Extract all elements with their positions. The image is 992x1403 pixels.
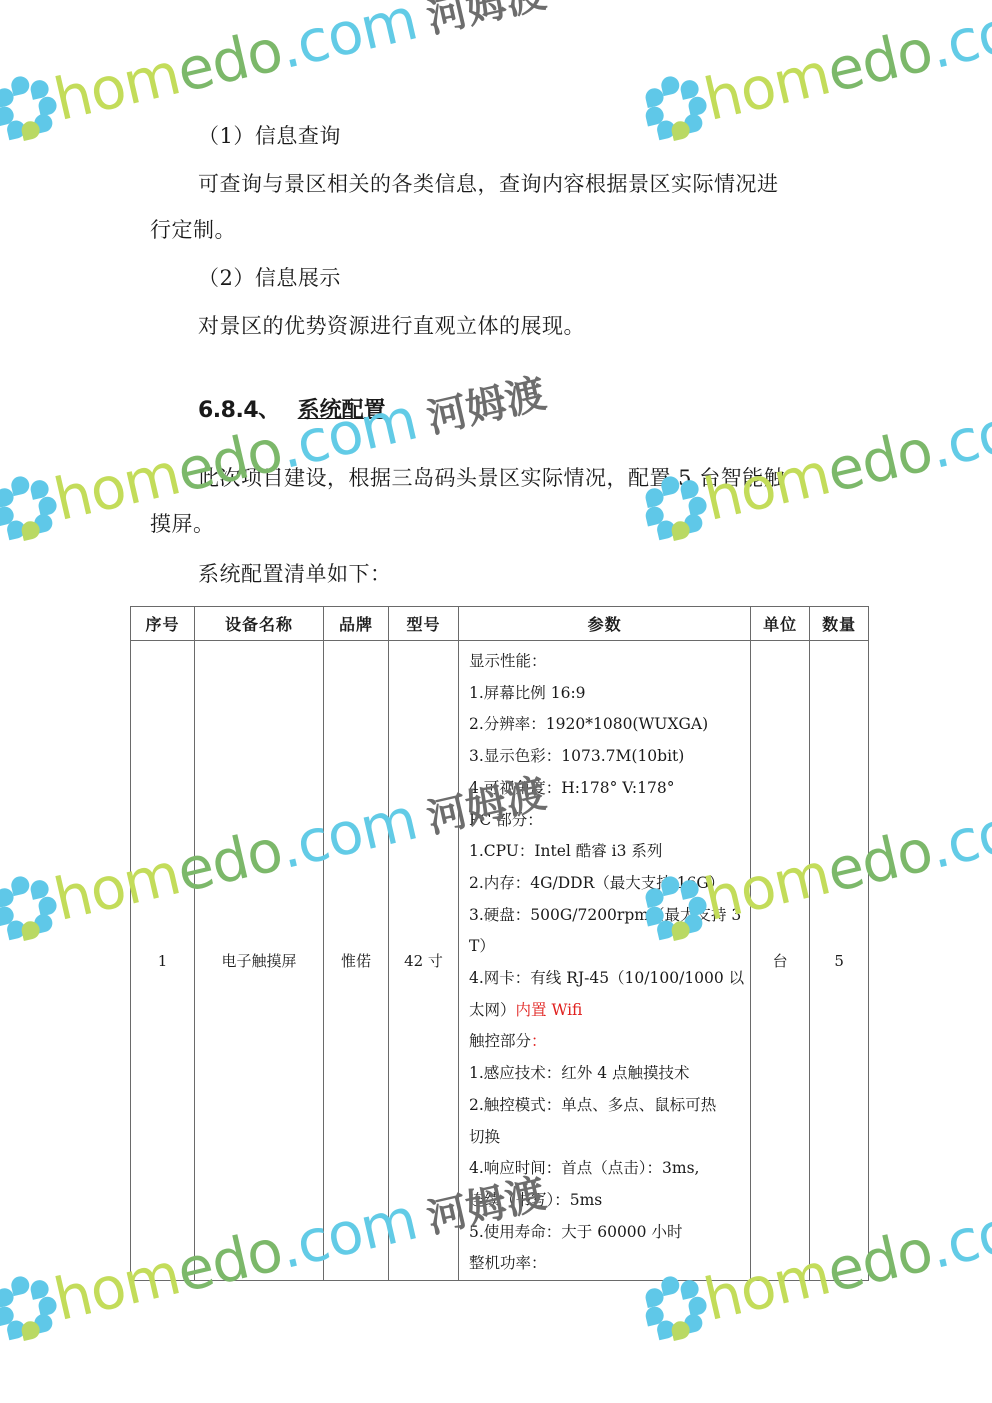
config-table: 序号 设备名称 品牌 型号 参数 单位 数量 1 电子触摸屏 惟偌 42 寸 显…	[130, 606, 869, 1281]
cell-model: 42 寸	[389, 641, 459, 1281]
paragraph-info-query-line1: 可查询与景区相关的各类信息，查询内容根据景区实际情况进	[198, 172, 779, 196]
param-line: T）	[469, 931, 744, 963]
table-row: 1 电子触摸屏 惟偌 42 寸 显示性能： 1.屏幕比例 16:9 2.分辨率：…	[131, 641, 869, 1281]
param-text: 触控部分	[469, 1032, 531, 1050]
header-model: 型号	[389, 607, 459, 641]
cell-brand: 惟偌	[324, 641, 389, 1281]
flower-logo-icon	[0, 870, 62, 944]
watermark-text-chinese: 河姆渡	[423, 0, 550, 42]
param-line: PC 部分：	[469, 805, 744, 837]
param-line: 整机功率：	[469, 1248, 744, 1280]
header-device-name: 设备名称	[195, 607, 324, 641]
cell-unit: 台	[751, 641, 810, 1281]
watermark-text-chinese: 河姆渡	[423, 371, 550, 443]
param-line: 1.屏幕比例 16:9	[469, 678, 744, 710]
header-params: 参数	[459, 607, 751, 641]
subheading-info-query: （1）信息查询	[198, 124, 341, 148]
header-index: 序号	[131, 607, 195, 641]
section-title: 系统配置	[298, 398, 386, 423]
param-line: 3.硬盘：500G/7200rpm（最大支持 3	[469, 900, 744, 932]
watermark: homedo.com河姆渡	[0, 0, 551, 144]
watermark: homedo.com河姆渡	[0, 357, 551, 544]
paragraph-config-list-intro: 系统配置清单如下：	[198, 562, 392, 586]
subheading-info-display: （2）信息展示	[198, 266, 341, 290]
param-colon-red: ：	[531, 1032, 547, 1050]
header-brand: 品牌	[324, 607, 389, 641]
cell-device-name: 电子触摸屏	[195, 641, 324, 1281]
watermark-text-hom: hom	[48, 39, 186, 134]
param-line: 4.响应时间：首点（点击）：3ms,	[469, 1153, 744, 1185]
param-text: 太网）	[469, 1001, 516, 1019]
param-wifi-red: 内置 Wifi	[516, 1001, 583, 1019]
watermark-text-domain: .com	[273, 0, 423, 82]
table-header-row: 序号 设备名称 品牌 型号 参数 单位 数量	[131, 607, 869, 641]
watermark-text-edo: edo	[821, 416, 939, 506]
paragraph-project-line2: 摸屏。	[150, 512, 215, 536]
cell-params: 显示性能： 1.屏幕比例 16:9 2.分辨率：1920*1080(WUXGA)…	[459, 641, 751, 1281]
param-line: 显示性能：	[469, 646, 744, 678]
param-line: 4.可视角度：H:178° V:178°	[469, 773, 744, 805]
paragraph-project-line1: 此次项目建设，根据三岛码头景区实际情况，配置 5 台智能触	[198, 466, 785, 490]
section-number: 6.8.4、	[198, 398, 280, 423]
watermark-text-domain: .com	[923, 385, 992, 482]
flower-logo-icon	[638, 70, 712, 144]
param-line-touch-heading: 触控部分：	[469, 1026, 744, 1058]
watermark-text-hom: hom	[698, 39, 836, 134]
section-heading: 6.8.4、系统配置	[198, 398, 386, 424]
flower-logo-icon	[0, 70, 62, 144]
param-line-network: 太网）内置 Wifi	[469, 995, 744, 1027]
param-line: 连续（书写）：5ms	[469, 1185, 744, 1217]
paragraph-info-display: 对景区的优势资源进行直观立体的展现。	[198, 314, 585, 338]
param-line: 切换	[469, 1122, 744, 1154]
watermark-text-domain: .com	[923, 1185, 992, 1282]
param-line: 5.使用寿命：大于 60000 小时	[469, 1217, 744, 1249]
watermark: homedo.com	[638, 0, 992, 144]
watermark-text-domain: .com	[923, 0, 992, 82]
header-quantity: 数量	[810, 607, 869, 641]
watermark-text-domain: .com	[923, 785, 992, 882]
flower-logo-icon	[0, 1270, 62, 1344]
param-line: 2.内存：4G/DDR（最大支持 16G）	[469, 868, 744, 900]
param-line: 1.感应技术：红外 4 点触摸技术	[469, 1058, 744, 1090]
watermark-text-edo: edo	[821, 16, 939, 106]
cell-index: 1	[131, 641, 195, 1281]
flower-logo-icon	[0, 470, 62, 544]
paragraph-info-query-line2: 行定制。	[150, 218, 236, 242]
param-line: 1.CPU：Intel 酷睿 i3 系列	[469, 836, 744, 868]
watermark-text-edo: edo	[171, 16, 289, 106]
param-line: 2.分辨率：1920*1080(WUXGA)	[469, 709, 744, 741]
param-line: 2.触控模式：单点、多点、鼠标可热	[469, 1090, 744, 1122]
param-line: 4.网卡：有线 RJ-45（10/100/1000 以	[469, 963, 744, 995]
watermark-text-edo: edo	[171, 416, 289, 506]
header-unit: 单位	[751, 607, 810, 641]
cell-quantity: 5	[810, 641, 869, 1281]
param-line: 3.显示色彩：1073.7M(10bit)	[469, 741, 744, 773]
